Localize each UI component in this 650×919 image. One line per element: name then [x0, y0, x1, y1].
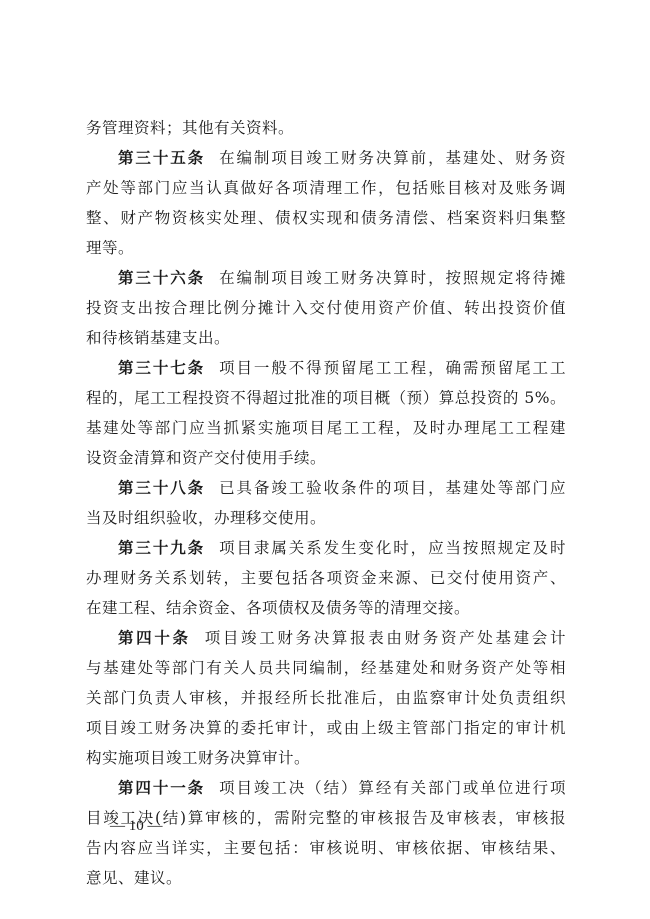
text-line: 理等。	[86, 233, 566, 263]
text-line: 设资金清算和资产交付使用手续。	[86, 443, 566, 473]
text-line: 办理财务关系划转，主要包括各项资金来源、已交付使用资产、	[86, 563, 566, 593]
text-line: 告内容应当详实，主要包括：审核说明、审核依据、审核结果、	[86, 833, 566, 863]
article-38: 第三十八条已具备竣工验收条件的项目，基建处等部门应	[86, 473, 566, 503]
text-line: 产处等部门应当认真做好各项清理工作，包括账目核对及账务调	[86, 173, 566, 203]
article-41: 第四十一条项目竣工决（结）算经有关部门或单位进行项	[86, 773, 566, 803]
article-35: 第三十五条在编制项目竣工财务决算前，基建处、财务资	[86, 143, 566, 173]
page-number: — 10 —	[110, 818, 163, 835]
text-line: 与基建处等部门有关人员共同编制，经基建处和财务资产处等相	[86, 653, 566, 683]
text-line: 构实施项目竣工财务决算审计。	[86, 743, 566, 773]
article-heading: 第三十五条	[118, 149, 205, 167]
text-line: 务管理资料；其他有关资料。	[86, 113, 566, 143]
text-line: 和待核销基建支出。	[86, 323, 566, 353]
article-40: 第四十条项目竣工财务决算报表由财务资产处基建会计	[86, 623, 566, 653]
article-heading: 第三十九条	[118, 539, 205, 557]
article-39: 第三十九条项目隶属关系发生变化时，应当按照规定及时	[86, 533, 566, 563]
text-line: 关部门负责人审核，并报经所长批准后，由监察审计处负责组织	[86, 683, 566, 713]
document-body: 务管理资料；其他有关资料。 第三十五条在编制项目竣工财务决算前，基建处、财务资 …	[86, 113, 566, 893]
text-line: 当及时组织验收，办理移交使用。	[86, 503, 566, 533]
text-line: 投资支出按合理比例分摊计入交付使用资产价值、转出投资价值	[86, 293, 566, 323]
article-heading: 第三十六条	[118, 269, 205, 287]
text-line: 程的，尾工工程投资不得超过批准的项目概（预）算总投资的 5%。	[86, 383, 566, 413]
text-line: 在建工程、结余资金、各项债权及债务等的清理交接。	[86, 593, 566, 623]
article-heading: 第四十条	[118, 629, 191, 647]
article-36: 第三十六条在编制项目竣工财务决算时，按照规定将待摊	[86, 263, 566, 293]
text-line: 项目竣工财务决算的委托审计，或由上级主管部门指定的审计机	[86, 713, 566, 743]
text-line: 意见、建议。	[86, 863, 566, 893]
article-heading: 第四十一条	[118, 779, 205, 797]
text-line: 整、财产物资核实处理、债权实现和债务清偿、档案资料归集整	[86, 203, 566, 233]
article-heading: 第三十八条	[118, 479, 205, 497]
article-37: 第三十七条项目一般不得预留尾工工程，确需预留尾工工	[86, 353, 566, 383]
text-line: 基建处等部门应当抓紧实施项目尾工工程，及时办理尾工工程建	[86, 413, 566, 443]
article-heading: 第三十七条	[118, 359, 205, 377]
